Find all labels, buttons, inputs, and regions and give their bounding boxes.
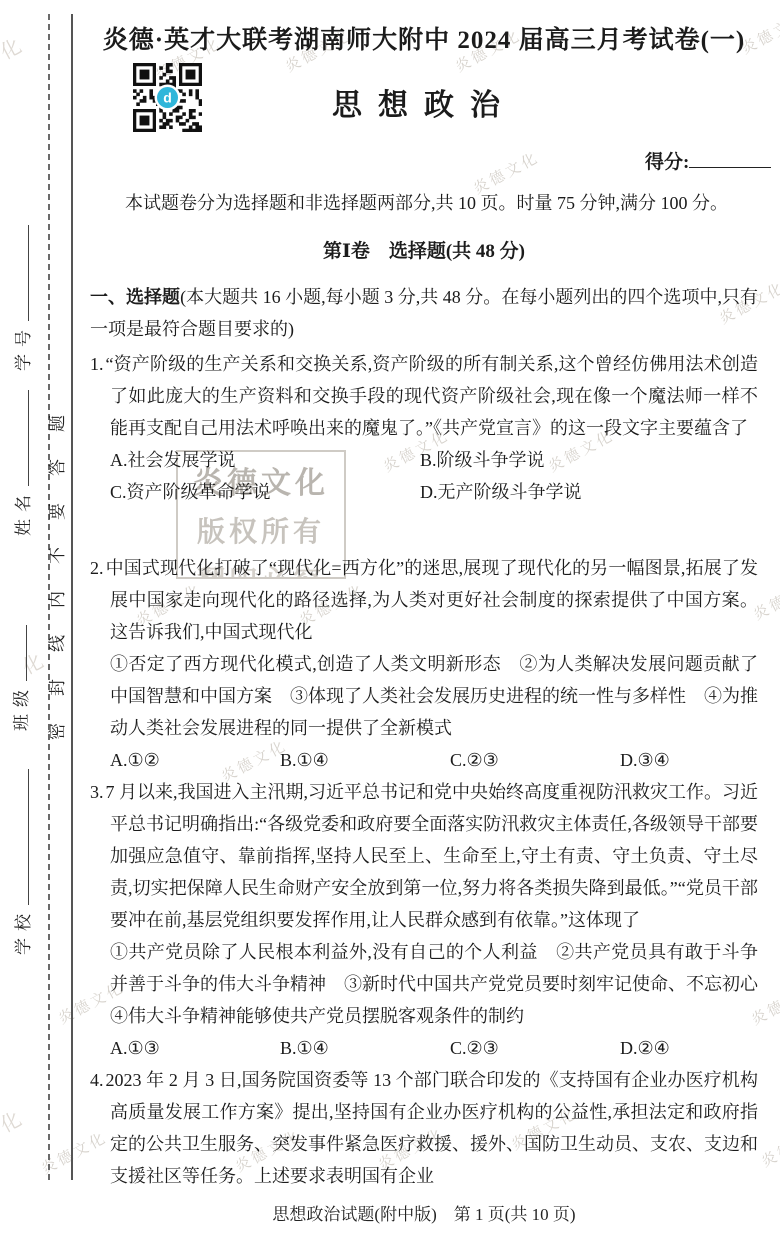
student-id-label: 学号 xyxy=(14,323,33,371)
question-2-statements: ①否定了西方现代化模式,创造了人类文明新形态 ②为人类解决发展问题贡献了中国智慧… xyxy=(90,648,758,744)
watermark-fragment: 化 xyxy=(0,30,26,65)
score-line: 得分: xyxy=(645,147,771,174)
question-1-stem: “资产阶级的生产关系和交换关系,资产阶级的所有制关系,这个曾经仿佛用法术创造了如… xyxy=(106,354,759,438)
score-label: 得分: xyxy=(645,152,689,173)
question-3-stem: 7 月以来,我国进入主汛期,习近平总书记和党中央始终高度重视防汛救灾工作。习近平… xyxy=(106,782,759,930)
option-b: B.①④ xyxy=(280,1032,450,1064)
name-label: 姓名 xyxy=(14,488,33,536)
question-4-number: 4. xyxy=(90,1070,106,1090)
seal-instruction-text: 密封线内不要答题 xyxy=(46,400,70,740)
question-2-options: A.①② B.①④ C.②③ D.③④ xyxy=(110,744,758,776)
section1-lead: 一、选择题 xyxy=(90,287,180,307)
option-c: C.资产阶级革命学说 xyxy=(110,476,420,508)
option-a: A.社会发展学说 xyxy=(110,444,420,476)
question-3: 3.7 月以来,我国进入主汛期,习近平总书记和党中央始终高度重视防汛救灾工作。习… xyxy=(90,776,758,1064)
class-blank xyxy=(11,625,27,681)
question-3-number: 3. xyxy=(90,782,106,802)
question-2-text: 2.中国式现代化打破了“现代化=西方化”的迷思,展现了现代化的另一幅图景,拓展了… xyxy=(90,552,758,648)
option-d: D.无产阶级斗争学说 xyxy=(420,476,758,508)
question-1-number: 1. xyxy=(90,354,106,374)
section1-desc: (本大题共 16 小题,每小题 3 分,共 48 分。在每小题列出的四个选项中,… xyxy=(90,287,758,339)
option-a: A.①③ xyxy=(110,1032,280,1064)
school-label: 学校 xyxy=(14,907,33,955)
school-blank xyxy=(13,769,29,905)
seal-solid-line xyxy=(71,14,73,1180)
option-c: C.②③ xyxy=(450,744,620,776)
class-label: 班级 xyxy=(12,683,31,731)
watermark-fragment: 化 xyxy=(0,1103,26,1138)
paper-title: 炎德·英才大联考湖南师大附中 2024 届高三月考试卷(一) xyxy=(90,20,758,56)
question-4: 4.2023 年 2 月 3 日,国务院国资委等 13 个部门联合印发的《支持国… xyxy=(90,1064,758,1192)
name-field: 姓名 xyxy=(11,396,37,536)
question-2-stem: 中国式现代化打破了“现代化=西方化”的迷思,展现了现代化的另一幅图景,拓展了发展… xyxy=(106,558,759,642)
subject-title: 思想政治 xyxy=(90,80,758,124)
school-field: 学校 xyxy=(11,775,37,955)
question-1-options: A.社会发展学说 B.阶级斗争学说 C.资产阶级革命学说 D.无产阶级斗争学说 xyxy=(110,444,758,508)
part1-heading: 第Ⅰ卷 选择题(共 48 分) xyxy=(90,236,758,263)
option-b: B.①④ xyxy=(280,744,450,776)
student-id-field: 学号 xyxy=(11,231,37,371)
option-d: D.②④ xyxy=(620,1032,758,1064)
option-b: B.阶级斗争学说 xyxy=(420,444,758,476)
question-3-text: 3.7 月以来,我国进入主汛期,习近平总书记和党中央始终高度重视防汛救灾工作。习… xyxy=(90,776,758,936)
score-blank xyxy=(689,150,771,168)
question-4-text: 4.2023 年 2 月 3 日,国务院国资委等 13 个部门联合印发的《支持国… xyxy=(90,1064,758,1192)
question-3-options: A.①③ B.①④ C.②③ D.②④ xyxy=(110,1032,758,1064)
question-3-statements: ①共产党员除了人民根本利益外,没有自己的个人利益 ②共产党员具有敢于斗争并善于斗… xyxy=(90,936,758,1032)
watermark-text: 炎德文化 xyxy=(757,1119,780,1171)
exam-instructions: 本试题卷分为选择题和非选择题两部分,共 10 页。时量 75 分钟,满分 100… xyxy=(90,190,758,217)
option-c: C.②③ xyxy=(450,1032,620,1064)
question-2-number: 2. xyxy=(90,558,106,578)
class-field: 班级 xyxy=(9,631,35,731)
option-a: A.①② xyxy=(110,744,280,776)
option-d: D.③④ xyxy=(620,744,758,776)
page-footer: 思想政治试题(附中版) 第 1 页(共 10 页) xyxy=(90,1200,758,1225)
name-blank xyxy=(13,390,29,486)
section1-intro: 一、选择题(本大题共 16 小题,每小题 3 分,共 48 分。在每小题列出的四… xyxy=(90,281,758,345)
question-4-stem: 2023 年 2 月 3 日,国务院国资委等 13 个部门联合印发的《支持国有企… xyxy=(106,1070,759,1186)
student-id-blank xyxy=(13,225,29,321)
question-2: 2.中国式现代化打破了“现代化=西方化”的迷思,展现了现代化的另一幅图景,拓展了… xyxy=(90,552,758,776)
question-1: 1.“资产阶级的生产关系和交换关系,资产阶级的所有制关系,这个曾经仿佛用法术创造… xyxy=(90,348,758,508)
watermark-rights: 版权所有 xyxy=(178,510,344,550)
question-1-text: 1.“资产阶级的生产关系和交换关系,资产阶级的所有制关系,这个曾经仿佛用法术创造… xyxy=(90,348,758,444)
